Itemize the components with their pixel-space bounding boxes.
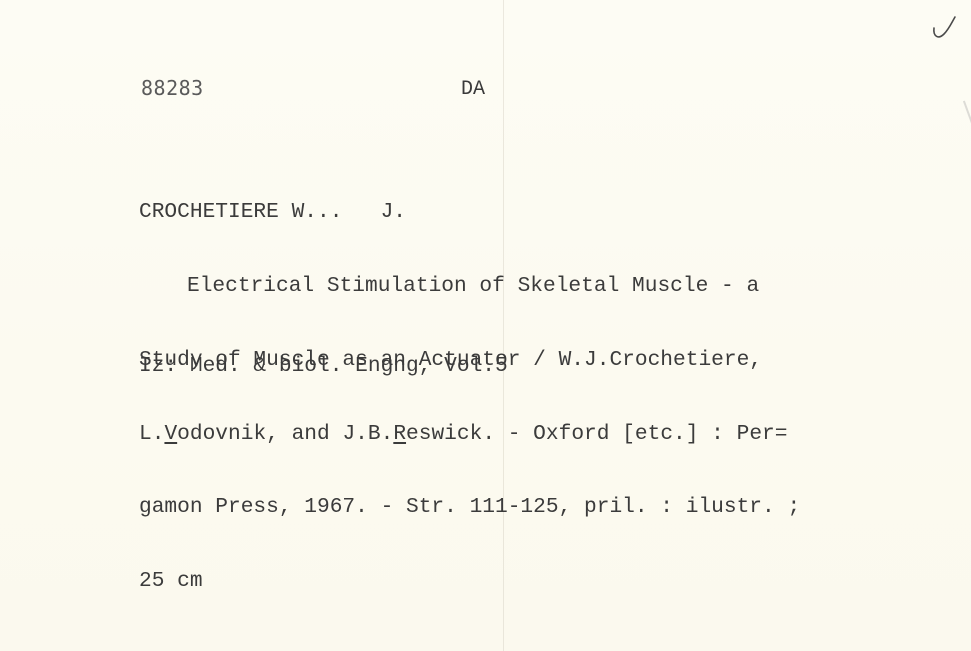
main-heading: CROCHETIERE W... J. [139,200,800,225]
underlined-initial: V [164,422,177,446]
dimensions-line: 25 cm [139,569,800,594]
source-note: Iz: Med. & biol. Engng, Vol.5 [139,354,508,378]
text-fragment: eswick. - Oxford [etc.] : Per= [406,422,787,446]
catalog-card: 88283 DA CROCHETIERE W... J. Electrical … [0,0,971,651]
title-line-3: L.Vodovnik, and J.B.Reswick. - Oxford [e… [139,422,800,447]
card-edge-mark [963,101,971,130]
underlined-initial: R [393,422,406,446]
imprint-line: gamon Press, 1967. - Str. 111-125, pril.… [139,495,800,520]
text-fragment: L. [139,422,164,446]
accession-number: 88283 [141,76,204,100]
location-code: DA [461,78,485,101]
checkmark-icon [930,14,960,42]
catalog-entry: CROCHETIERE W... J. Electrical Stimulati… [139,151,800,643]
text-fragment: odovnik, and J.B. [177,422,393,446]
title-line-1: Electrical Stimulation of Skeletal Muscl… [139,274,800,299]
